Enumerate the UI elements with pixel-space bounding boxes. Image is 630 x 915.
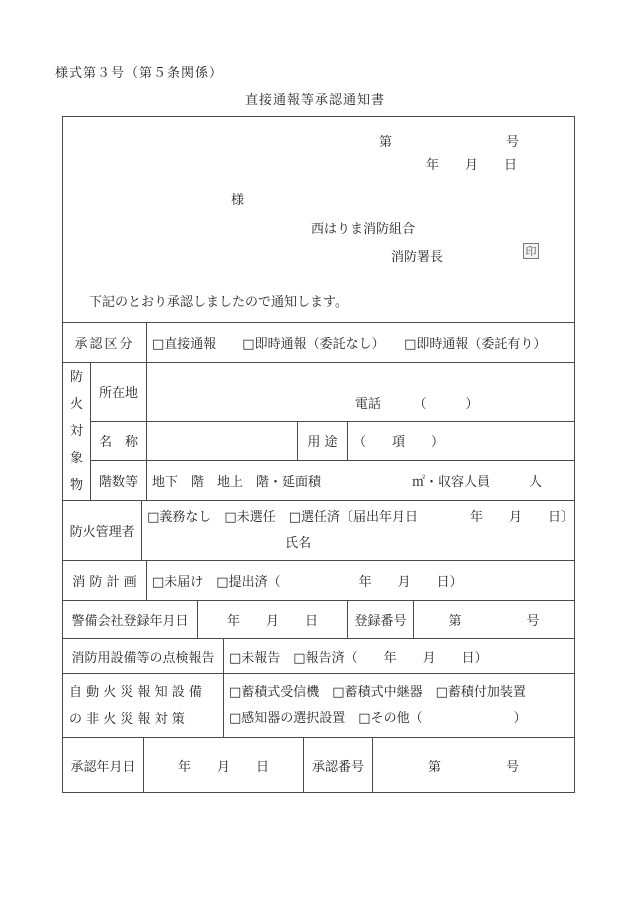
fire-plan-label: 消 防 計 画 [63,561,147,600]
security-company-date: 年 月 日 [198,601,348,638]
sender-title: 消防署長 [391,246,443,265]
row-security-company: 警備会社登録年月日 年 月 日 登録番号 第 号 [63,600,574,638]
document-number-line: 第 号 [379,131,519,150]
approval-category-options: □直接通報 □即時通報（委託なし） □即時通報（委託有り） [147,323,574,362]
security-company-label: 警備会社登録年月日 [63,601,198,638]
property-group-label-cell: 防火対象物 [63,363,91,500]
row-approval-date: 承認年月日 年 月 日 承認番号 第 号 [63,737,574,792]
row-name: 名 称 用 途 （ 項 ） [91,421,574,461]
address-label: 所在地 [91,363,147,421]
address-phone: 電話 （ ） [355,393,479,412]
false-alarm-options-line1: □蓄積式受信機 □蓄積式中継器 □蓄積付加装置 [229,680,574,706]
fire-manager-options: □義務なし □未選任 □選任済〔届出年月日 年 月 日〕 [147,505,574,531]
organization-name: 西はりま消防組合 [311,218,415,237]
false-alarm-label-line2: の 非 火 災 報 対 策 [69,706,217,733]
row-floors: 階数等 地下 階 地上 階・延面積 ㎡・収容人員 人 [91,460,574,500]
registration-number-label: 登録番号 [348,601,414,638]
equipment-inspection-value: □未報告 □報告済（ 年 月 日） [224,639,574,673]
name-value-cell [147,422,298,461]
floors-label: 階数等 [91,461,147,500]
issue-date-line: 年 月 日 [426,154,517,173]
row-approval-category: 承認区分 □直接通報 □即時通報（委託なし） □即時通報（委託有り） [63,322,574,362]
document-number-prefix: 第 [379,131,392,150]
row-fire-plan: 消 防 計 画 □未届け □提出済（ 年 月 日） [63,560,574,600]
approval-number-value: 第 号 [373,738,574,792]
use-label: 用 途 [298,422,348,461]
form-outer-box: 第 号 年 月 日 様 西はりま消防組合 消防署長 印 下記のとおり承認しました… [62,116,575,793]
seal-stamp: 印 [523,243,539,259]
approval-date-label: 承認年月日 [63,738,144,792]
row-false-alarm-measures: 自 動 火 災 報 知 設 備 の 非 火 災 報 対 策 □蓄積式受信機 □蓄… [63,673,574,737]
equipment-inspection-label: 消防用設備等の点検報告 [63,639,224,673]
fire-manager-value-cell: □義務なし □未選任 □選任済〔届出年月日 年 月 日〕 氏名 [142,501,574,560]
document-title: 直接通報等承認通知書 [0,89,630,108]
form-page: 様式第３号（第５条関係） 直接通報等承認通知書 第 号 年 月 日 様 西はりま… [0,0,630,915]
form-style-note: 様式第３号（第５条関係） [55,62,223,81]
row-address: 所在地 電話 （ ） [91,363,574,421]
approval-number-label: 承認番号 [304,738,373,792]
registration-number-value: 第 号 [414,601,574,638]
false-alarm-value-cell: □蓄積式受信機 □蓄積式中継器 □蓄積付加装置 □感知器の選択設置 □その他（ … [224,674,574,737]
approval-date-value: 年 月 日 [144,738,304,792]
letter-head: 第 号 年 月 日 様 西はりま消防組合 消防署長 印 下記のとおり承認しました… [63,117,574,322]
row-equipment-inspection: 消防用設備等の点検報告 □未報告 □報告済（ 年 月 日） [63,638,574,673]
approval-category-label: 承認区分 [63,323,147,362]
name-label: 名 称 [91,422,147,461]
address-value-cell: 電話 （ ） [147,363,574,421]
property-group-rows: 所在地 電話 （ ） 名 称 用 途 （ 項 ） 階数等 地下 階 地上 階・延… [91,363,574,500]
property-group-label: 防火対象物 [70,364,84,499]
fire-plan-value: □未届け □提出済（ 年 月 日） [147,561,574,600]
row-property-group: 防火対象物 所在地 電話 （ ） 名 称 用 途 （ 項 ） 階数等 [63,362,574,500]
document-number-suffix: 号 [506,131,519,150]
floors-value: 地下 階 地上 階・延面積 ㎡・収容人員 人 [147,461,574,500]
fire-manager-name-label: 氏名 [147,531,574,557]
fire-manager-label: 防火管理者 [63,501,142,560]
notice-sentence: 下記のとおり承認しましたので通知します。 [89,291,348,310]
row-fire-manager: 防火管理者 □義務なし □未選任 □選任済〔届出年月日 年 月 日〕 氏名 [63,500,574,560]
false-alarm-label-line1: 自 動 火 災 報 知 設 備 [69,679,217,706]
false-alarm-options-line2: □感知器の選択設置 □その他（ ） [229,706,574,732]
use-value: （ 項 ） [348,422,574,461]
false-alarm-label: 自 動 火 災 報 知 設 備 の 非 火 災 報 対 策 [63,674,224,737]
addressee-honorific: 様 [231,189,244,208]
